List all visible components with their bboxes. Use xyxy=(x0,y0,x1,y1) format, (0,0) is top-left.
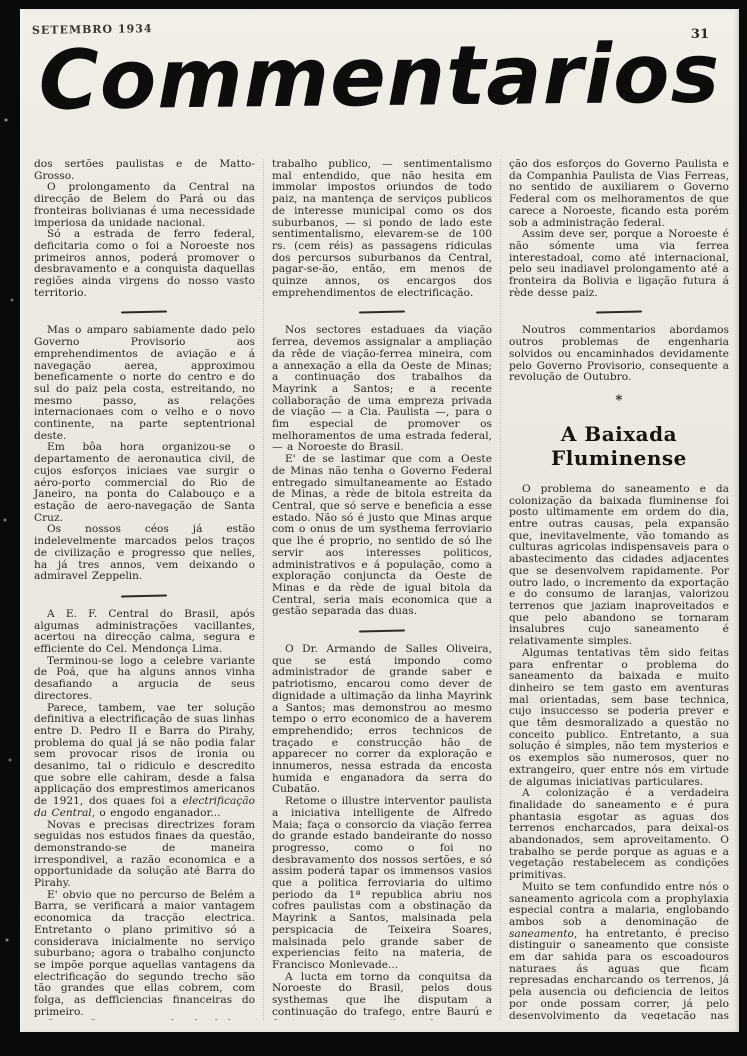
paragraph: E' obvio que no percurso de Belém a Barr… xyxy=(34,890,255,1019)
paragraph: E' de se lastimar que com a Oeste de Min… xyxy=(272,454,492,618)
scan-border-right xyxy=(739,0,747,1032)
paragraph: A lucta em torno da conquitsa da Noroest… xyxy=(272,972,492,1020)
paragraph: Algumas tentativas têm sido feitas para … xyxy=(509,648,729,788)
column-3: ção dos esforços do Governo Paulista e d… xyxy=(500,159,737,1020)
paragraph: Muito se tem confundido entre nós o sane… xyxy=(509,882,729,1020)
section-divider xyxy=(596,311,642,314)
paragraph: O prolongamento da Central na direcção d… xyxy=(34,182,255,229)
paragraph: Terminou-se logo a celebre variante de P… xyxy=(34,656,255,703)
scan-border-top xyxy=(0,0,747,9)
paragraph: Nos sectores estaduaes da viação ferrea,… xyxy=(272,325,492,454)
paragraph: O Dr. Armando de Salles Oliveira, que se… xyxy=(272,644,492,796)
paragraph: Assim deve ser, porque a Noroeste é não … xyxy=(509,229,729,299)
section-divider xyxy=(359,630,405,633)
paragraph: Novas e precisas directrizes foram segui… xyxy=(34,820,255,890)
paragraph: Se o Governo, pondo de lado o sentimenta… xyxy=(34,1019,255,1020)
magazine-page: SETEMBRO 1934 31 Commentarios dos sertõe… xyxy=(20,9,739,1032)
paragraph: ção dos esforços do Governo Paulista e d… xyxy=(509,159,729,229)
paragraph: Noutros commentarios abordamos outros pr… xyxy=(509,325,729,384)
star-separator: * xyxy=(509,394,729,408)
paragraph: Em bôa hora organizou-se o departamento … xyxy=(34,442,255,524)
paragraph: Só a estrada de ferro federal, deficitar… xyxy=(34,229,255,299)
section-divider xyxy=(121,311,167,314)
paragraph: Retome o illustre interventor paulista a… xyxy=(272,796,492,972)
paragraph: A E. F. Central do Brasil, após algumas … xyxy=(34,609,255,656)
paragraph: Mas o amparo sabiamente dado pelo Govern… xyxy=(34,325,255,442)
article-columns: dos sertões paulistas e de Matto-Grosso.… xyxy=(26,159,737,1020)
column-1: dos sertões paulistas e de Matto-Grosso.… xyxy=(26,159,263,1020)
paragraph: A colonização é a verdadeira finalidade … xyxy=(509,788,729,882)
column-2: trabalho publico, — sentimentalismo mal … xyxy=(263,159,500,1020)
paragraph: O problema do saneamento e da colonizaçã… xyxy=(509,484,729,648)
section-divider xyxy=(359,311,405,314)
scan-border-bottom xyxy=(0,1032,747,1056)
article-heading: A Baixada Fluminense xyxy=(509,422,729,470)
section-title: Commentarios xyxy=(20,33,739,123)
scan-border-left xyxy=(0,0,20,1032)
section-divider xyxy=(121,594,167,597)
paragraph: trabalho publico, — sentimentalismo mal … xyxy=(272,159,492,299)
paragraph: Os nossos céos já estão indelevelmente m… xyxy=(34,524,255,583)
paragraph: Parece, tambem, vae ter solução definiti… xyxy=(34,703,255,820)
paragraph: dos sertões paulistas e de Matto-Grosso. xyxy=(34,159,255,182)
